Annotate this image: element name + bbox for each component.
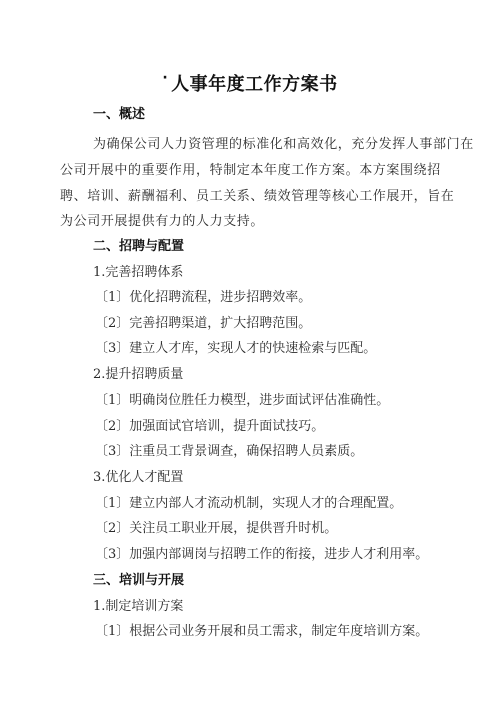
overview-paragraph-line: 聘、培训、薪酬福利、员工关系、绩效管理等核心工作展开，旨在 [60, 189, 442, 205]
document-title: ·人事年度工作方案书 [0, 70, 500, 96]
subsection-title: 1.完善招聘体系 [93, 265, 183, 281]
overview-paragraph-line: 公司开展中的重要作用，特制定本年度工作方案。本方案围绕招 [60, 163, 442, 179]
list-item: 〔2〕完善招聘渠道，扩大招聘范围。 [95, 316, 311, 332]
list-item: 〔3〕加强内部调岗与招聘工作的衔接，进步人才利用率。 [95, 547, 428, 563]
subsection-title: 2.提升招聘质量 [93, 367, 183, 383]
overview-paragraph-line: 为公司开展提供有力的人力支持。 [60, 214, 442, 230]
list-item: 〔3〕注重员工背景调查，确保招聘人员素质。 [95, 444, 363, 460]
subsection-title: 3.优化人才配置 [93, 470, 183, 486]
list-item: 〔3〕建立人才库，实现人才的快速检索与匹配。 [95, 341, 376, 357]
list-item: 〔1〕建立内部人才流动机制，实现人才的合理配置。 [95, 496, 402, 512]
list-item: 〔1〕明确岗位胜任力模型，进步面试评估准确性。 [95, 393, 389, 409]
subsection-title: 1.制定培训方案 [93, 599, 183, 615]
section-heading-training: 三、培训与开展 [93, 573, 184, 589]
section-heading-overview: 一、概述 [93, 107, 145, 123]
list-item: 〔2〕加强面试官培训，提升面试技巧。 [95, 419, 324, 435]
section-heading-recruitment: 二、招聘与配置 [93, 239, 184, 255]
list-item: 〔1〕优化招聘流程，进步招聘效率。 [95, 290, 311, 306]
list-item: 〔2〕关注员工职业开展，提供晋升时机。 [95, 521, 337, 537]
list-item: 〔1〕根据公司业务开展和员工需求，制定年度培训方案。 [95, 624, 428, 640]
document-page: ·人事年度工作方案书 一、概述 为确保公司人力资管理的标准化和高效化，充分发挥人… [0, 0, 500, 707]
overview-paragraph-line: 为确保公司人力资管理的标准化和高效化，充分发挥人事部门在 [93, 137, 475, 153]
document-title-text: 人事年度工作方案书 [171, 74, 338, 95]
title-prefix: · [162, 70, 168, 86]
